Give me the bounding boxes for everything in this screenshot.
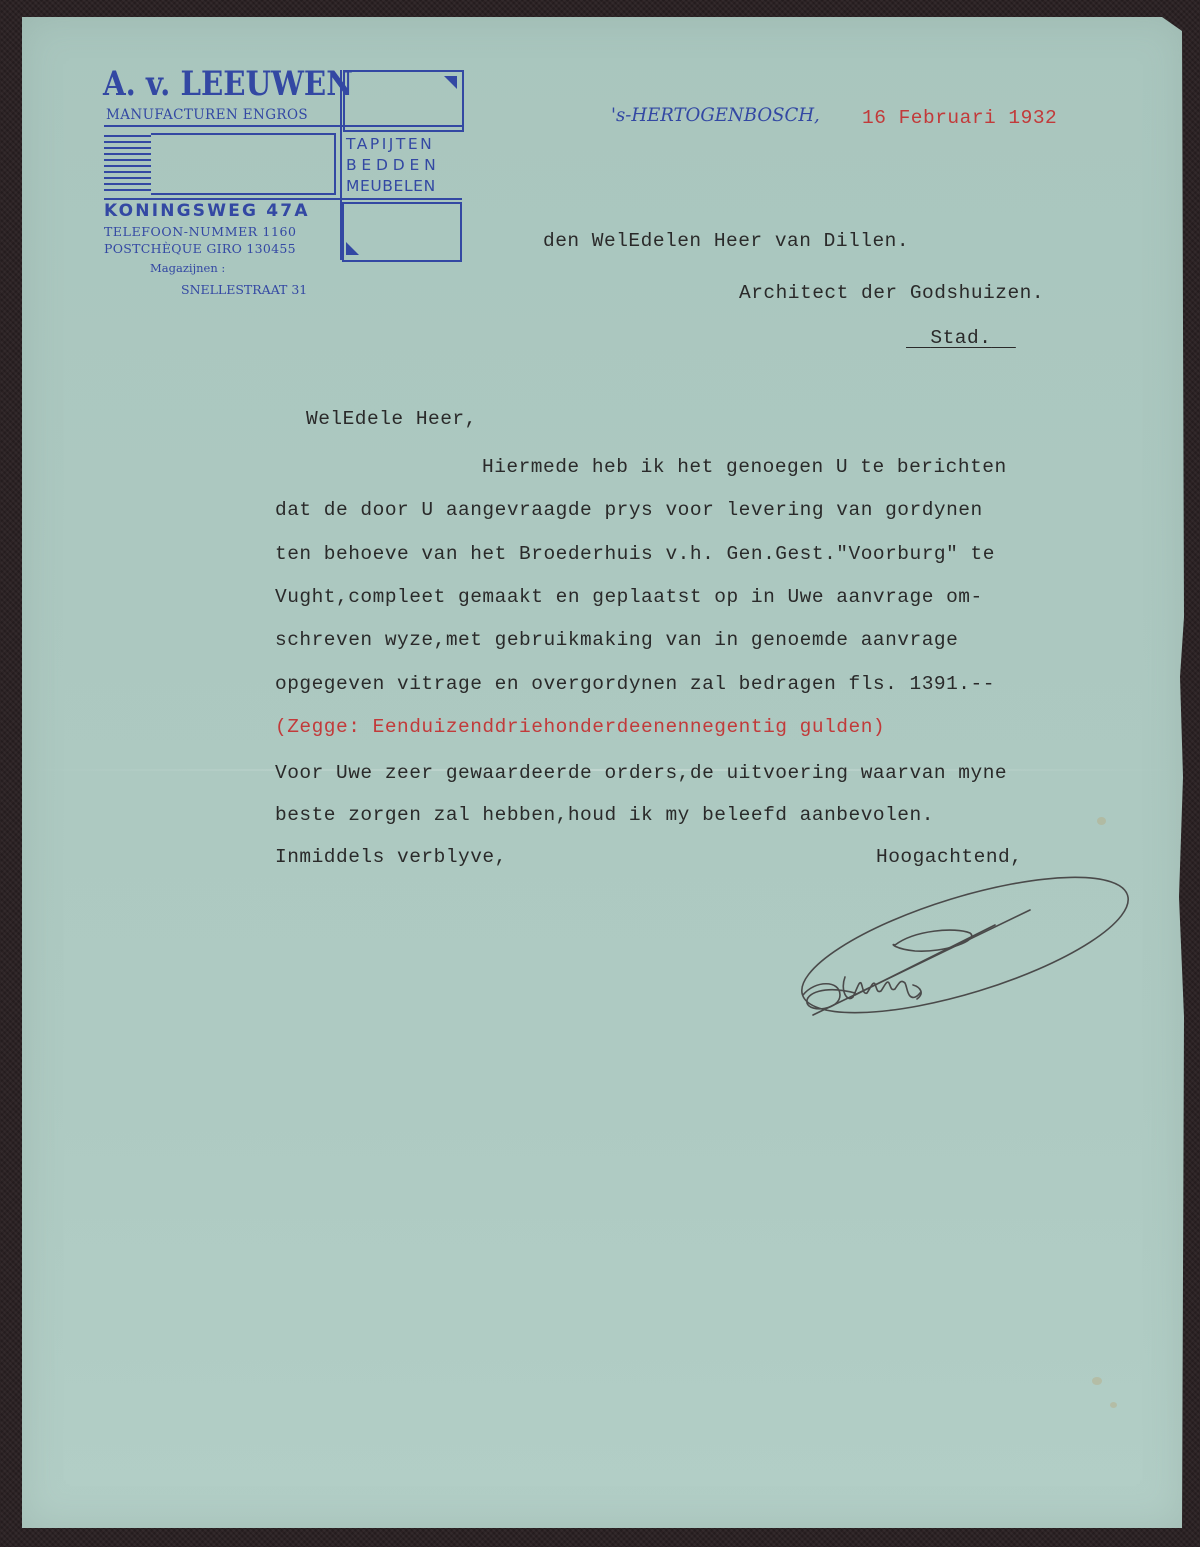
corner-triangle-icon — [346, 242, 359, 255]
product-tapijten: TAPIJTEN — [346, 135, 434, 153]
letterhead-box — [342, 202, 462, 262]
date: 16 Februari 1932 — [862, 107, 1057, 129]
stripe — [104, 135, 151, 137]
stripe — [104, 183, 151, 185]
company-phone: TELEFOON-NUMMER 1160 — [104, 224, 297, 239]
place: 's-HERTOGENBOSCH, — [611, 104, 820, 126]
product-bedden: BEDDEN — [346, 156, 441, 174]
company-address: KONINGSWEG 47A — [104, 201, 310, 221]
stripe — [104, 165, 151, 167]
signature — [795, 875, 1135, 1025]
letterhead-box — [151, 133, 336, 195]
closing-left: Inmiddels verblyve, — [275, 846, 507, 868]
recipient-line-2: Architect der Godshuizen. — [739, 282, 1044, 304]
product-meubelen: MEUBELEN — [346, 177, 436, 195]
body-line: Vught,compleet gemaakt en geplaatst op i… — [275, 586, 983, 608]
stripe — [104, 189, 151, 191]
divider — [340, 70, 342, 260]
stripe — [104, 141, 151, 143]
stain — [1097, 817, 1106, 825]
stain — [1092, 1377, 1102, 1385]
stripe — [104, 159, 151, 161]
stripe — [104, 171, 151, 173]
closing-right: Hoogachtend, — [876, 846, 1022, 868]
company-name: A. v. LEEUWEN — [103, 64, 353, 104]
company-giro: POSTCHÈQUE GIRO 130455 — [104, 241, 296, 256]
divider — [104, 198, 462, 200]
warehouse-address: SNELLESTRAAT 31 — [181, 282, 307, 297]
stain — [1110, 1402, 1117, 1408]
corner-triangle-icon — [444, 76, 457, 89]
recipient-line-1: den WelEdelen Heer van Dillen. — [543, 230, 909, 252]
closing-line: Voor Uwe zeer gewaardeerde orders,de uit… — [275, 762, 1007, 784]
body-line: Hiermede heb ik het genoegen U te berich… — [482, 456, 1007, 478]
salutation: WelEdele Heer, — [306, 408, 477, 430]
stripe — [104, 147, 151, 149]
recipient-city: Stad. — [930, 327, 991, 349]
body-line: opgegeven vitrage en overgordynen zal be… — [275, 673, 995, 695]
recipient-line-3: Stad. — [906, 327, 1016, 349]
company-subtitle: MANUFACTUREN ENGROS — [106, 107, 308, 123]
closing-line: beste zorgen zal hebben,houd ik my belee… — [275, 804, 934, 826]
stripe — [104, 177, 151, 179]
warehouse-label: Magazijnen : — [150, 261, 225, 275]
body-line: schreven wyze,met gebruikmaking van in g… — [275, 629, 958, 651]
body-line: dat de door U aangevraagde prys voor lev… — [275, 499, 983, 521]
stripe — [104, 153, 151, 155]
amount-in-words: (Zegge: Eenduizenddriehonderdeenennegent… — [275, 716, 885, 738]
body-line: ten behoeve van het Broederhuis v.h. Gen… — [275, 543, 995, 565]
